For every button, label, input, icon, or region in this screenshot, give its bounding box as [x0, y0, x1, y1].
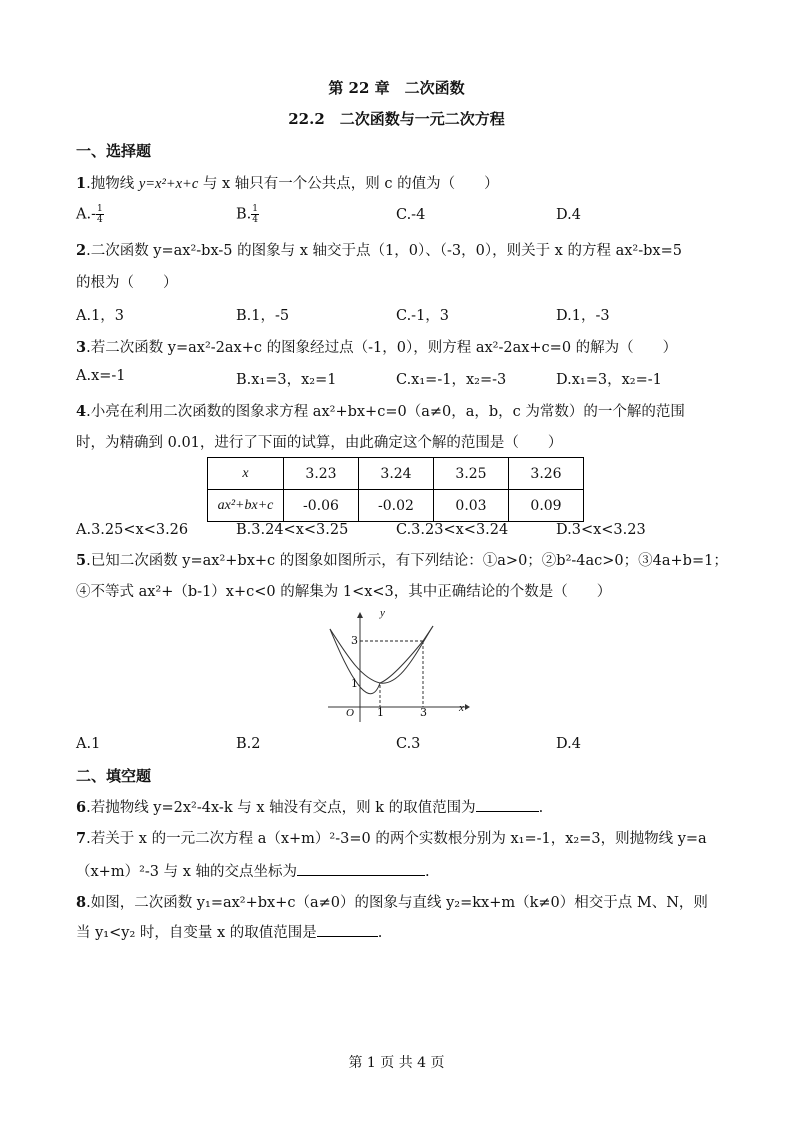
option-a: A.1，3 [76, 304, 124, 325]
option-b: B.14 [236, 204, 259, 225]
parabola-figure [320, 610, 480, 725]
option-d: D.1，-3 [556, 304, 610, 325]
option-b: B.x₁=3，x₂=1 [236, 368, 337, 389]
option-a: A.-14 [76, 204, 104, 225]
option-d: D.4 [556, 736, 581, 752]
question-4: 4.小亮在利用二次函数的图象求方程 ax²+bx+c=0（a≠0，a，b，c 为… [76, 400, 685, 421]
option-b: B.2 [236, 736, 261, 752]
origin-label: O [346, 707, 354, 719]
x-axis-label: x [459, 702, 464, 714]
option-d: D.x₁=3，x₂=-1 [556, 368, 662, 389]
question-5: 5.已知二次函数 y=ax²+bx+c 的图象如图所示，有下列结论：①a>0；②… [76, 549, 728, 570]
answer-blank[interactable] [317, 922, 378, 937]
table-row: ax²+bx+c -0.06 -0.02 0.03 0.09 [208, 490, 584, 522]
option-a: A.1 [76, 736, 100, 752]
question-7: 7.若关于 x 的一元二次方程 a（x+m）²-3=0 的两个实数根分别为 x₁… [76, 827, 707, 848]
x-tick-1: 1 [377, 706, 384, 719]
fraction: 14 [251, 204, 259, 225]
question-8-line2: 当 y₁<y₂ 时，自变量 x 的取值范围是. [76, 921, 382, 942]
option-a: A.x=-1 [76, 368, 126, 384]
question-2-line2: 的根为（ ） [76, 271, 178, 292]
table-row: x 3.23 3.24 3.25 3.26 [208, 458, 584, 490]
trial-table: x 3.23 3.24 3.25 3.26 ax²+bx+c -0.06 -0.… [207, 457, 584, 522]
y-axis-label: y [380, 607, 385, 619]
question-number: 1 [76, 175, 86, 192]
option-c: C.x₁=-1，x₂=-3 [396, 368, 506, 389]
option-c: C.-4 [396, 207, 425, 223]
option-d: D.4 [556, 207, 581, 223]
y-tick-3: 3 [351, 634, 358, 647]
answer-blank[interactable] [476, 797, 539, 812]
answer-blank[interactable] [297, 861, 425, 876]
page-footer: 第 1 页 共 4 页 [0, 1052, 793, 1072]
question-1: 1.抛物线 y=x²+x+c 与 x 轴只有一个公共点，则 c 的值为（ ） [76, 172, 499, 193]
option-c: C.-1，3 [396, 304, 449, 325]
chapter-title: 第 22 章 二次函数 [0, 77, 793, 98]
option-c: C.3.23<x<3.24 [396, 522, 508, 538]
question-7-line2: （x+m）²-3 与 x 轴的交点坐标为. [76, 860, 430, 881]
section-title: 22.2 二次函数与一元二次方程 [0, 108, 793, 129]
option-b: B.1，-5 [236, 304, 289, 325]
y-tick-1: 1 [351, 677, 358, 690]
question-5-line2: ④不等式 ax²+（b-1）x+c<0 的解集为 1<x<3，其中正确结论的个数… [76, 580, 611, 601]
section-heading-fill: 二、填空题 [76, 765, 151, 786]
option-a: A.3.25<x<3.26 [76, 522, 188, 538]
question-2: 2.二次函数 y=ax²-bx-5 的图象与 x 轴交于点（1，0）、（-3，0… [76, 239, 682, 260]
question-6: 6.若抛物线 y=2x²-4x-k 与 x 轴没有交点，则 k 的取值范围为. [76, 796, 543, 817]
x-tick-3: 3 [420, 706, 427, 719]
option-d: D.3<x<3.23 [556, 522, 646, 538]
option-b: B.3.24<x<3.25 [236, 522, 348, 538]
fraction: 14 [96, 204, 104, 225]
question-8: 8.如图，二次函数 y₁=ax²+bx+c（a≠0）的图象与直线 y₂=kx+m… [76, 891, 708, 912]
question-3: 3.若二次函数 y=ax²-2ax+c 的图象经过点（-1，0），则方程 ax²… [76, 336, 677, 357]
section-heading-choice: 一、选择题 [76, 140, 151, 161]
question-4-line2: 时，为精确到 0.01，进行了下面的试算，由此确定这个解的范围是（ ） [76, 431, 562, 452]
option-c: C.3 [396, 736, 420, 752]
